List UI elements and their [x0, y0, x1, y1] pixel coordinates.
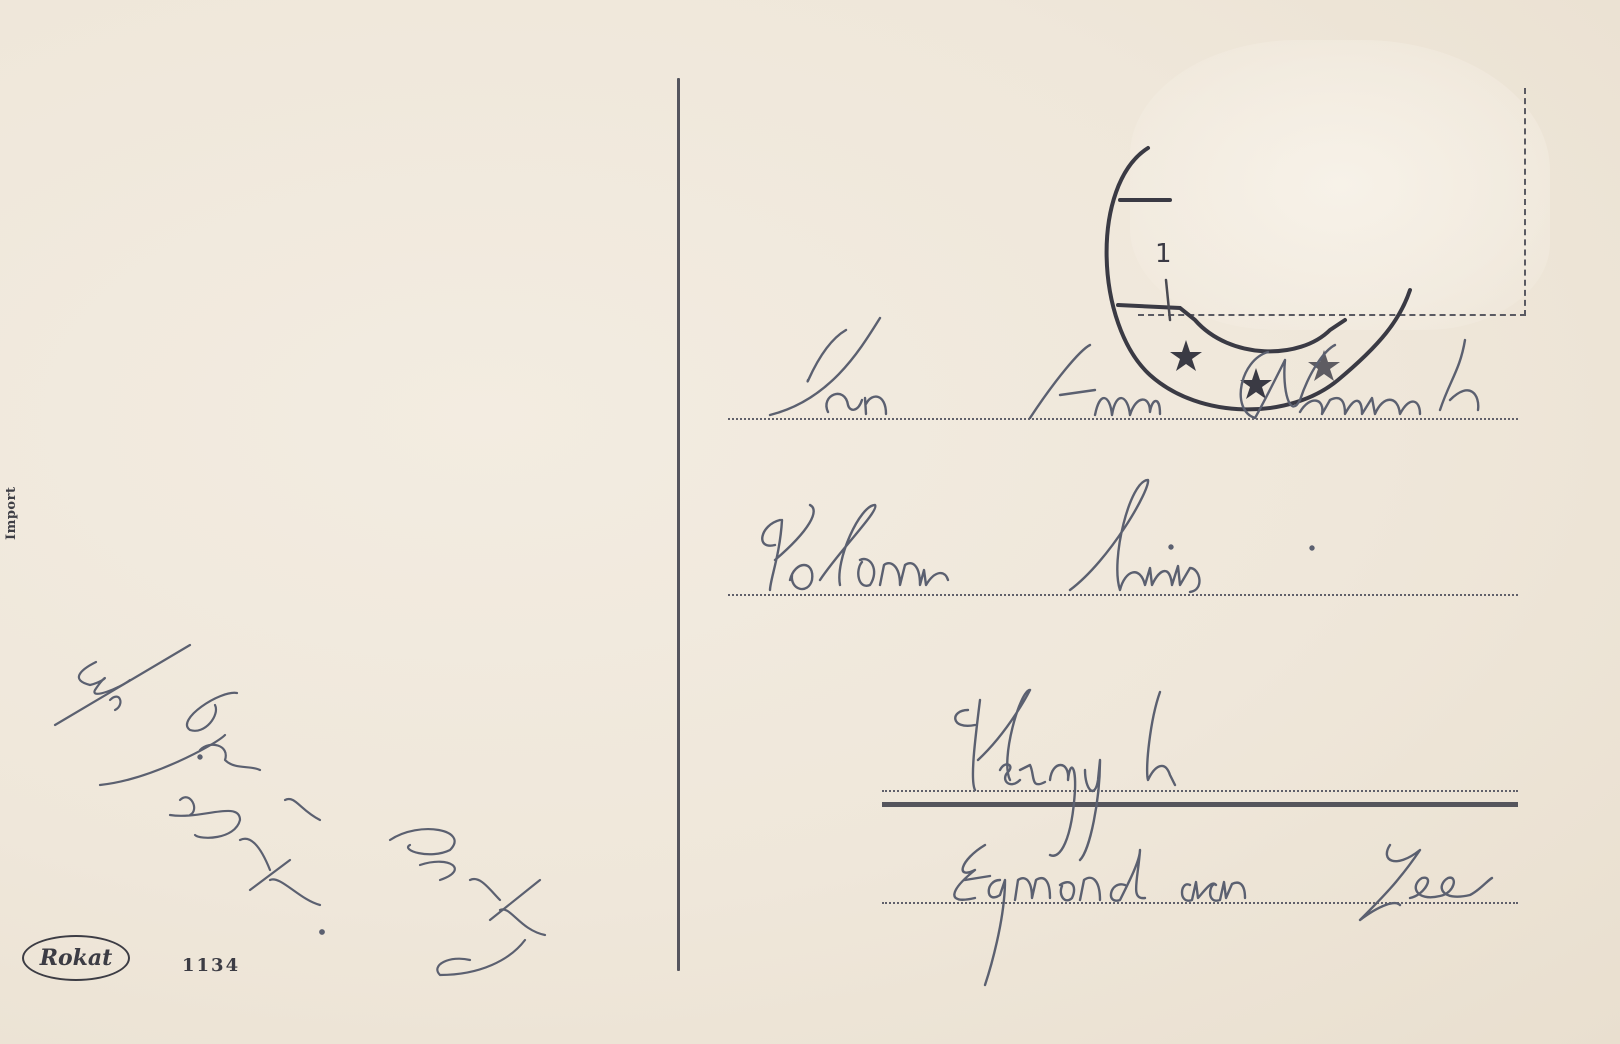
message-handwriting	[55, 645, 545, 975]
postmark-icon: 1	[1107, 148, 1410, 409]
address-handwriting	[762, 318, 1492, 985]
ink-overlay: 1	[0, 0, 1620, 1044]
svg-text:1: 1	[1155, 239, 1172, 269]
postcard-back: Import Rokat 1134 Van Anna Wanink Koloni…	[0, 0, 1620, 1044]
